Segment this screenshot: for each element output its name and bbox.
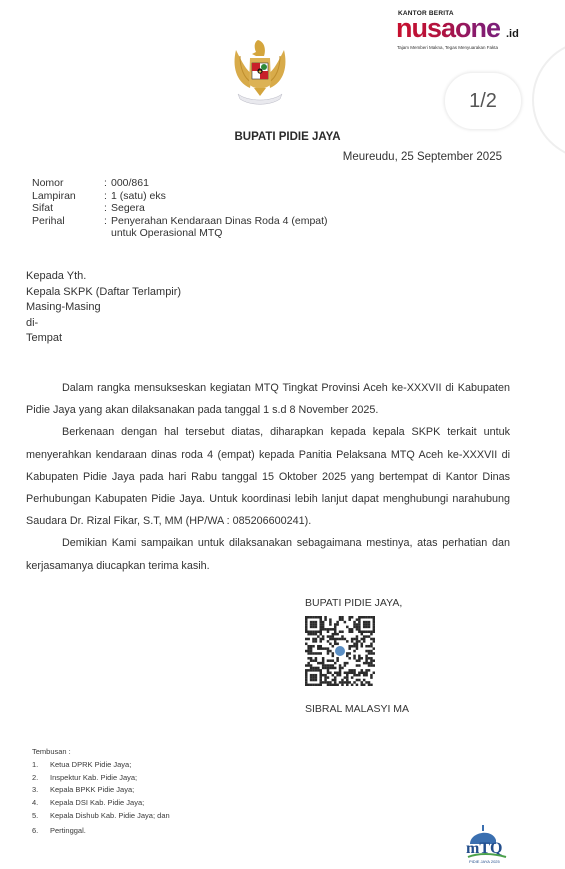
cc-item: 4.Kepala DSI Kab. Pidie Jaya;	[32, 797, 170, 810]
recipient-line: Tempat	[26, 331, 181, 347]
meta-label: Lampiran	[32, 190, 104, 203]
mtq-logo-icon: mTQ PIDIE JAYA 2025	[462, 822, 512, 864]
cc-item: 2.Inspektur Kab. Pidie Jaya;	[32, 772, 170, 785]
meta-label: Perihal	[32, 215, 104, 228]
recipient-line: Masing-Masing	[26, 300, 181, 316]
meta-value: 000/861	[111, 177, 149, 190]
qr-code-signature-icon	[305, 616, 375, 686]
meta-value: Penyerahan Kendaraan Dinas Roda 4 (empat…	[111, 215, 328, 228]
page-indicator-text: 1/2	[469, 90, 497, 113]
meta-value: untuk Operasional MTQ	[111, 227, 222, 240]
recipient-line: Kepala SKPK (Daftar Terlampir)	[26, 285, 181, 301]
cc-title: Tembusan :	[32, 746, 170, 759]
body-paragraph: Berkenaan dengan hal tersebut diatas, di…	[26, 421, 510, 532]
brand-tld: .id	[506, 28, 519, 40]
signature-title: BUPATI PIDIE JAYA,	[305, 597, 402, 609]
letter-meta: Nomor : 000/861 Lampiran : 1 (satu) eks …	[32, 177, 328, 240]
meta-value: Segera	[111, 202, 145, 215]
news-brand-logo: KANTOR BERITA nusaone .id Tajam Memberi …	[396, 8, 536, 48]
cc-item: 1.Ketua DPRK Pidie Jaya;	[32, 759, 170, 772]
recipient-block: Kepada Yth. Kepala SKPK (Daftar Terlampi…	[26, 269, 181, 347]
meta-label: Sifat	[32, 202, 104, 215]
page-indicator: 1/2	[444, 72, 522, 130]
brand-tagline: Tajam Memberi Makna, Tegas Menyuarakan F…	[397, 45, 498, 50]
svg-text:PIDIE JAYA 2025: PIDIE JAYA 2025	[469, 859, 501, 864]
meta-value: 1 (satu) eks	[111, 190, 166, 203]
cc-item: 3.Kepala BPKK Pidie Jaya;	[32, 784, 170, 797]
body-paragraph: Demikian Kami sampaikan untuk dilaksanak…	[26, 532, 510, 576]
signatory-name: SIBRAL MALASYI MA	[305, 703, 409, 715]
meta-row-nomor: Nomor : 000/861	[32, 177, 328, 190]
meta-row-lampiran: Lampiran : 1 (satu) eks	[32, 190, 328, 203]
garuda-emblem-icon	[228, 36, 292, 110]
meta-row-sifat: Sifat : Segera	[32, 202, 328, 215]
brand-name: nusaone	[396, 14, 500, 42]
meta-label: Nomor	[32, 177, 104, 190]
cc-list: Tembusan : 1.Ketua DPRK Pidie Jaya; 2.In…	[32, 746, 170, 838]
recipient-line: di-	[26, 316, 181, 332]
meta-row-perihal-cont: untuk Operasional MTQ	[32, 227, 328, 240]
meta-row-perihal: Perihal : Penyerahan Kendaraan Dinas Rod…	[32, 215, 328, 228]
place-date: Meureudu, 25 September 2025	[343, 151, 502, 163]
letter-body: Dalam rangka mensukseskan kegiatan MTQ T…	[26, 377, 510, 577]
letterhead-title: BUPATI PIDIE JAYA	[0, 131, 565, 143]
signature-block: BUPATI PIDIE JAYA,	[305, 597, 402, 609]
cc-item: 6.Pertinggal.	[32, 825, 170, 838]
recipient-line: Kepada Yth.	[26, 269, 181, 285]
body-paragraph: Dalam rangka mensukseskan kegiatan MTQ T…	[26, 377, 510, 421]
cc-item: 5.Kepala Dishub Kab. Pidie Jaya; dan	[32, 810, 170, 823]
